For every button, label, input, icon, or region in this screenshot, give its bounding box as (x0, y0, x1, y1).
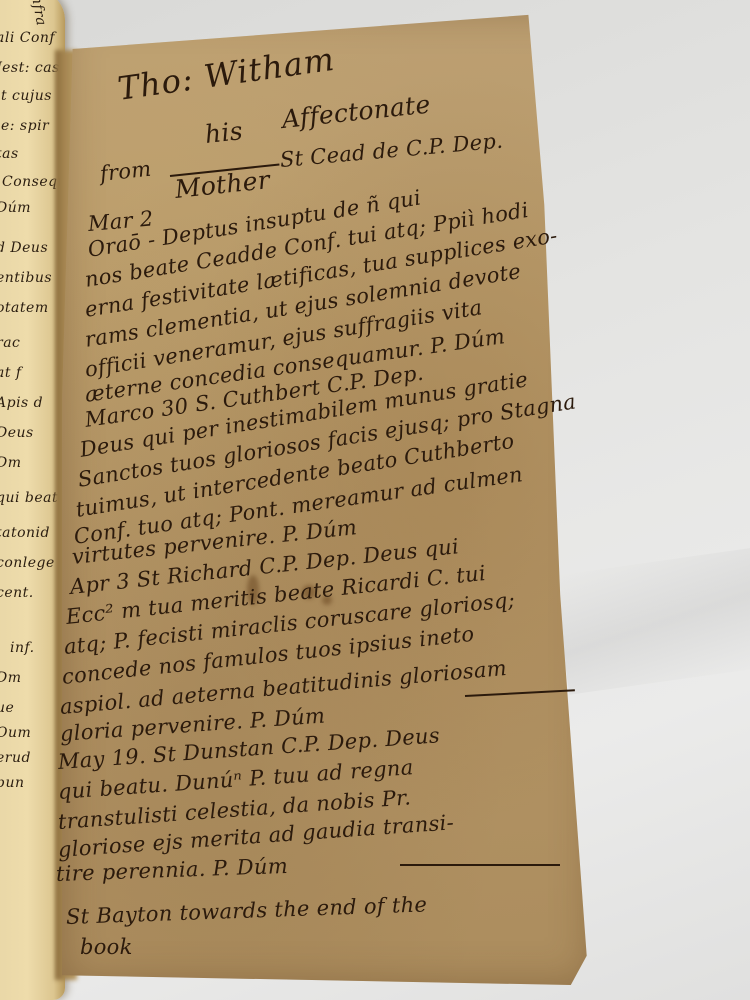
flourish-line (400, 864, 560, 866)
manuscript-line: book (80, 935, 133, 959)
inscription-affectionate: Affectonate (280, 89, 431, 133)
manuscript-line: St Bayton towards the end of the (66, 892, 428, 929)
manuscript-text: Tho: Witham his Affectonate from Mother … (0, 0, 750, 1000)
inscription-his: his (203, 116, 244, 149)
inscription-from: from (99, 157, 153, 186)
manuscript-line: St Cead de C.P. Dep. (279, 129, 504, 172)
strike-line (465, 689, 575, 697)
inscription-name: Tho: Witham (115, 40, 337, 108)
